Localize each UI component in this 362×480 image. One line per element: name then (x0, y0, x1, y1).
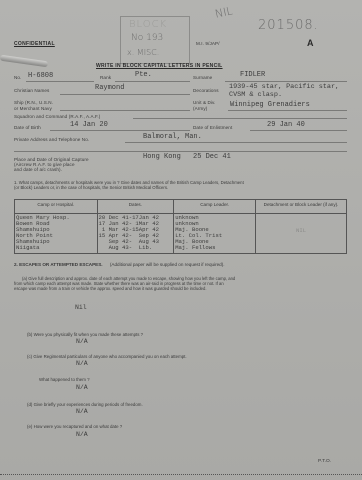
ship-label-1: Ship (R.N., U.S.N. (14, 100, 53, 105)
pow-questionnaire-page: BLOCK No 193 x. MISC. NIL 201508. CONFID… (0, 0, 362, 480)
capture-place: Hong Kong (143, 153, 181, 161)
question-c-followup: What happened to them ? (39, 377, 90, 382)
col-block-leader: Detachment or Block Leader (if any). (256, 200, 347, 214)
section2-heading: 2. ESCAPES OR ATTEMPTED ESCAPES. (14, 262, 103, 267)
handwritten-nil: NIL (214, 4, 234, 20)
section2-title: 2. ESCAPES OR ATTEMPTED ESCAPES. (Additi… (14, 262, 225, 267)
classification-label: CONFIDENTIAL (14, 41, 55, 47)
address-label: Private Address and Telephone No. (14, 137, 89, 142)
instruction-heading: WRITE IN BLOCK CAPITAL LETTERS IN PENCIL (96, 63, 223, 69)
dates-column-values: 20 Dec 41-17Jan 4217 Jan 42- 1Mar 42 1 M… (97, 214, 174, 254)
dob-value: 14 Jan 20 (70, 121, 108, 129)
squadron-label: Squadron and Command (R.A.F., A.A.F.) (14, 114, 100, 119)
camps-table-body: Queen Mary Hosp.Bowen RoadShamshuipoNort… (15, 214, 347, 254)
question-c: (c) Give Regimental particulars of anyon… (27, 354, 187, 359)
rank-value: Pte. (135, 71, 152, 79)
service-number: H-6808 (28, 72, 53, 80)
section1-question-line2: (or Block) Leaders or, in the case of ho… (14, 185, 168, 190)
christian-names-label: Christian Names (14, 88, 49, 93)
enlistment-value: 29 Jan 40 (267, 121, 305, 129)
staple-wire (0, 55, 48, 68)
stamp-line-2: No 193 (131, 33, 163, 43)
answer-c-followup: N/A (76, 384, 88, 391)
unit-label-2: (Army) (193, 106, 207, 111)
leader-column-values: unknownunknownMaj. BooneLt. Col. TristMa… (174, 214, 256, 254)
question-e: (e) How were you recaptured and on what … (27, 424, 122, 429)
stamp-line-1: BLOCK (129, 19, 167, 30)
decorations-value-line2: CVSM & clasp. (229, 91, 282, 99)
camps-table-header: Camp or Hospital. Dates. Camp Leader. De… (15, 200, 347, 214)
col-camp-leader: Camp Leader. (174, 200, 256, 214)
answer-a: Nil (75, 304, 87, 311)
question-a-line3: escape was made from a train or vehicle … (14, 286, 207, 291)
answer-d: N/A (76, 408, 88, 415)
ship-label-2: or Merchant Navy (14, 106, 52, 111)
table-row-leader: Maj. Fellows (175, 245, 254, 251)
dob-label: Date of Birth (14, 125, 41, 130)
table-row-dates: Aug 43- Lib. (99, 245, 173, 251)
answer-c: N/A (76, 360, 88, 367)
surname-value: FIDLER (240, 71, 265, 79)
please-turn-over: P.T.O. (318, 459, 331, 464)
col-dates: Dates. (97, 200, 174, 214)
surname-label: Surname (193, 75, 212, 80)
unit-label-1: Unit & Div. (193, 100, 215, 105)
rank-label: Rank (100, 75, 111, 80)
category-letter: A (307, 38, 314, 48)
capture-label-3: and date of a/c crash). (14, 167, 62, 172)
answer-b: N/A (76, 338, 88, 345)
christian-names-value: Raymond (95, 84, 124, 92)
unit-value: Winnipeg Grenadiers (230, 101, 310, 109)
form-number: M.I. 9/JAP/ (196, 41, 220, 46)
block-stamp: BLOCK No 193 x. MISC. (120, 16, 190, 64)
camps-table: Camp or Hospital. Dates. Camp Leader. De… (14, 199, 347, 254)
section2-note: (Additional paper will be supplied on re… (110, 262, 225, 267)
enlistment-label: Date of Enlistment (193, 125, 232, 130)
answer-e: N/A (76, 431, 88, 438)
no-label: No. (14, 75, 21, 80)
block-leader-column-values: NIL (256, 214, 347, 254)
perforation-line (0, 474, 362, 475)
question-b: (b) Were you physically fit when you mad… (27, 332, 143, 337)
handwritten-file-number: 201508. (258, 18, 319, 33)
address-value: Balmoral, Man. (143, 133, 202, 141)
camp-column-values: Queen Mary Hosp.Bowen RoadShamshuipoNort… (15, 214, 98, 254)
table-row-camp: Niigata (16, 245, 96, 251)
decorations-label: Decorations (193, 88, 219, 93)
stamp-line-3: x. MISC. (127, 48, 159, 57)
question-d: (d) Give briefly your experiences during… (27, 402, 143, 407)
capture-date: 25 Dec 41 (193, 153, 231, 161)
col-camp: Camp or Hospital. (15, 200, 98, 214)
decorations-value-line1: 1939-45 star, Pacific star, (229, 83, 339, 91)
